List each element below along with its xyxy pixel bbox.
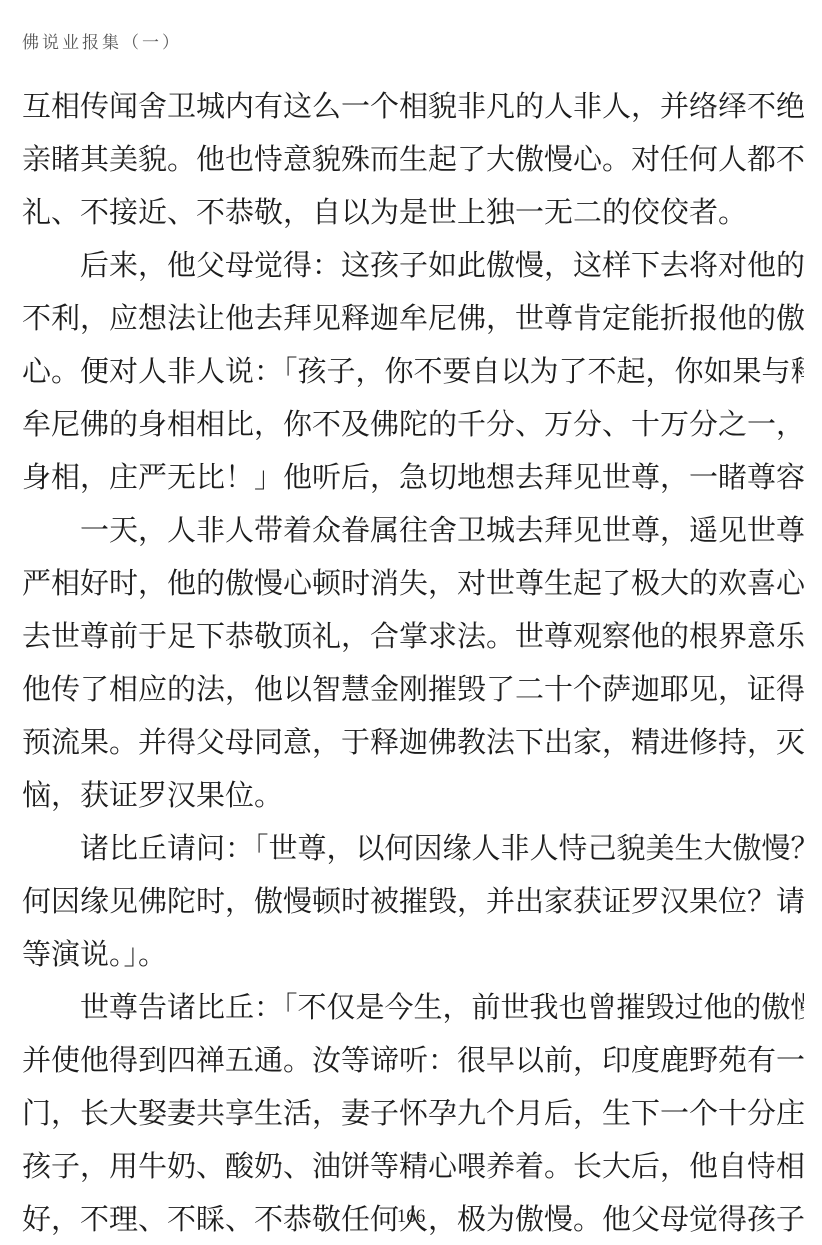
paragraph-start-line: 一天，人非人带着众眷属往舍卫城去拜见世尊，遥见世尊的庄 [22, 504, 804, 557]
text-line: 不利，应想法让他去拜见释迦牟尼佛，世尊肯定能折报他的傲慢 [22, 292, 804, 345]
text-line: 何因缘见佛陀时，傲慢顿时被摧毁，并出家获证罗汉果位？请为吾 [22, 875, 804, 928]
text-line: 身相，庄严无比！」他听后，急切地想去拜见世尊，一睹尊容。 [22, 451, 804, 504]
text-line: 等演说。」。 [22, 928, 804, 981]
paragraph-start-line: 世尊告诸比丘：「不仅是今生，前世我也曾摧毁过他的傲慢， [22, 981, 804, 1034]
text-line: 并使他得到四禅五通。汝等谛听：很早以前，印度鹿野苑有一婆罗 [22, 1034, 804, 1087]
text-line: 去世尊前于足下恭敬顶礼，合掌求法。世尊观察他的根界意乐，为 [22, 610, 804, 663]
text-line: 预流果。并得父母同意，于释迦佛教法下出家，精进修持，灭尽烦 [22, 716, 804, 769]
text-line: 恼，获证罗汉果位。 [22, 769, 804, 822]
text-line: 礼、不接近、不恭敬，自以为是世上独一无二的佼佼者。 [22, 186, 804, 239]
text-line: 牟尼佛的身相相比，你不及佛陀的千分、万分、十万分之一，佛之 [22, 398, 804, 451]
text-line: 互相传闻舍卫城内有这么一个相貌非凡的人非人，并络绎不绝地去 [22, 80, 804, 133]
text-line: 亲睹其美貌。他也恃意貌殊而生起了大傲慢心。对任何人都不顶 [22, 133, 804, 186]
text-line: 孩子，用牛奶、酸奶、油饼等精心喂养着。长大后，他自恃相貌殊 [22, 1140, 804, 1193]
text-line: 心。便对人非人说：「孩子，你不要自以为了不起，你如果与释迦 [22, 345, 804, 398]
body-text: 互相传闻舍卫城内有这么一个相貌非凡的人非人，并络绎不绝地去 亲睹其美貌。他也恃意… [22, 80, 804, 1245]
text-line: 他传了相应的法，他以智慧金刚摧毁了二十个萨迦耶见，证得了 [22, 663, 804, 716]
text-line: 门，长大娶妻共享生活，妻子怀孕九个月后，生下一个十分庄严的 [22, 1087, 804, 1140]
page-number: 166 [0, 1206, 822, 1228]
paragraph-start-line: 诸比丘请问：「世尊，以何因缘人非人恃己貌美生大傲慢？以 [22, 822, 804, 875]
paragraph-start-line: 后来，他父母觉得：这孩子如此傲慢，这样下去将对他的前途 [22, 239, 804, 292]
running-title: 佛说业报集（一） [22, 28, 182, 53]
text-line: 严相好时，他的傲慢心顿时消失，对世尊生起了极大的欢喜心，急 [22, 557, 804, 610]
